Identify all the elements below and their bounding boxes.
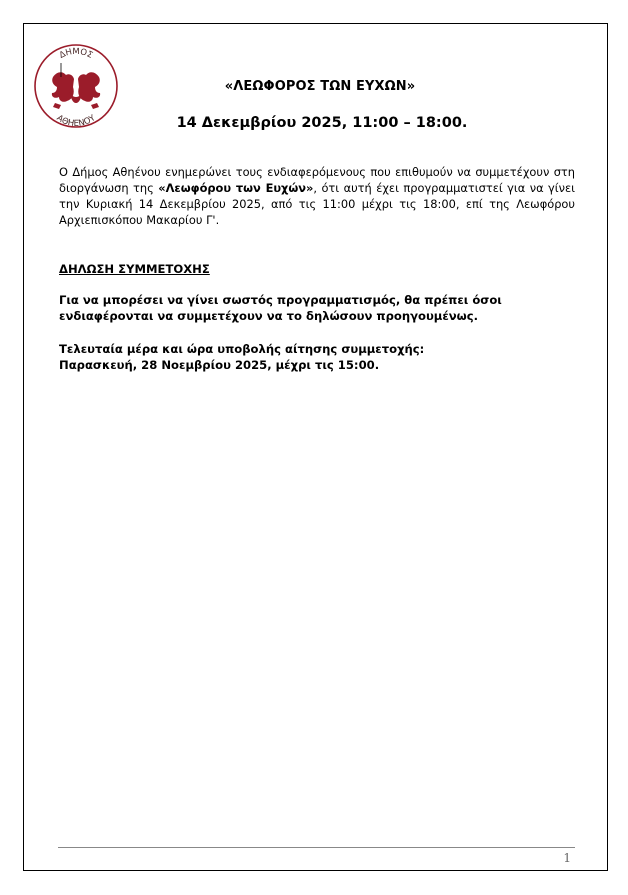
page-number: 1 xyxy=(563,851,571,865)
page-border xyxy=(23,23,608,871)
declaration-paragraph: Για να μπορέσει να γίνει σωστός προγραμμ… xyxy=(59,292,575,324)
declaration-heading: ΔΗΛΩΣΗ ΣΥΜΜΕΤΟΧΗΣ xyxy=(59,261,575,277)
deadline-block: Τελευταία μέρα και ώρα υποβολής αίτησης … xyxy=(59,341,575,373)
event-title: «ΛΕΩΦΟΡΟΣ ΤΩΝ ΕΥΧΩΝ» xyxy=(6,79,628,94)
intro-paragraph: Ο Δήμος Αθηένου ενημερώνει τους ενδιαφερ… xyxy=(59,164,575,228)
deadline-value: Παρασκευή, 28 Νοεμβρίου 2025, μέχρι τις … xyxy=(59,357,575,373)
event-date-time: 14 Δεκεμβρίου 2025, 11:00 – 18:00. xyxy=(8,115,628,131)
event-name-emphasis: «Λεωφόρου των Ευχών» xyxy=(158,181,313,195)
footer-divider xyxy=(58,847,575,848)
deadline-label: Τελευταία μέρα και ώρα υποβολής αίτησης … xyxy=(59,341,575,357)
